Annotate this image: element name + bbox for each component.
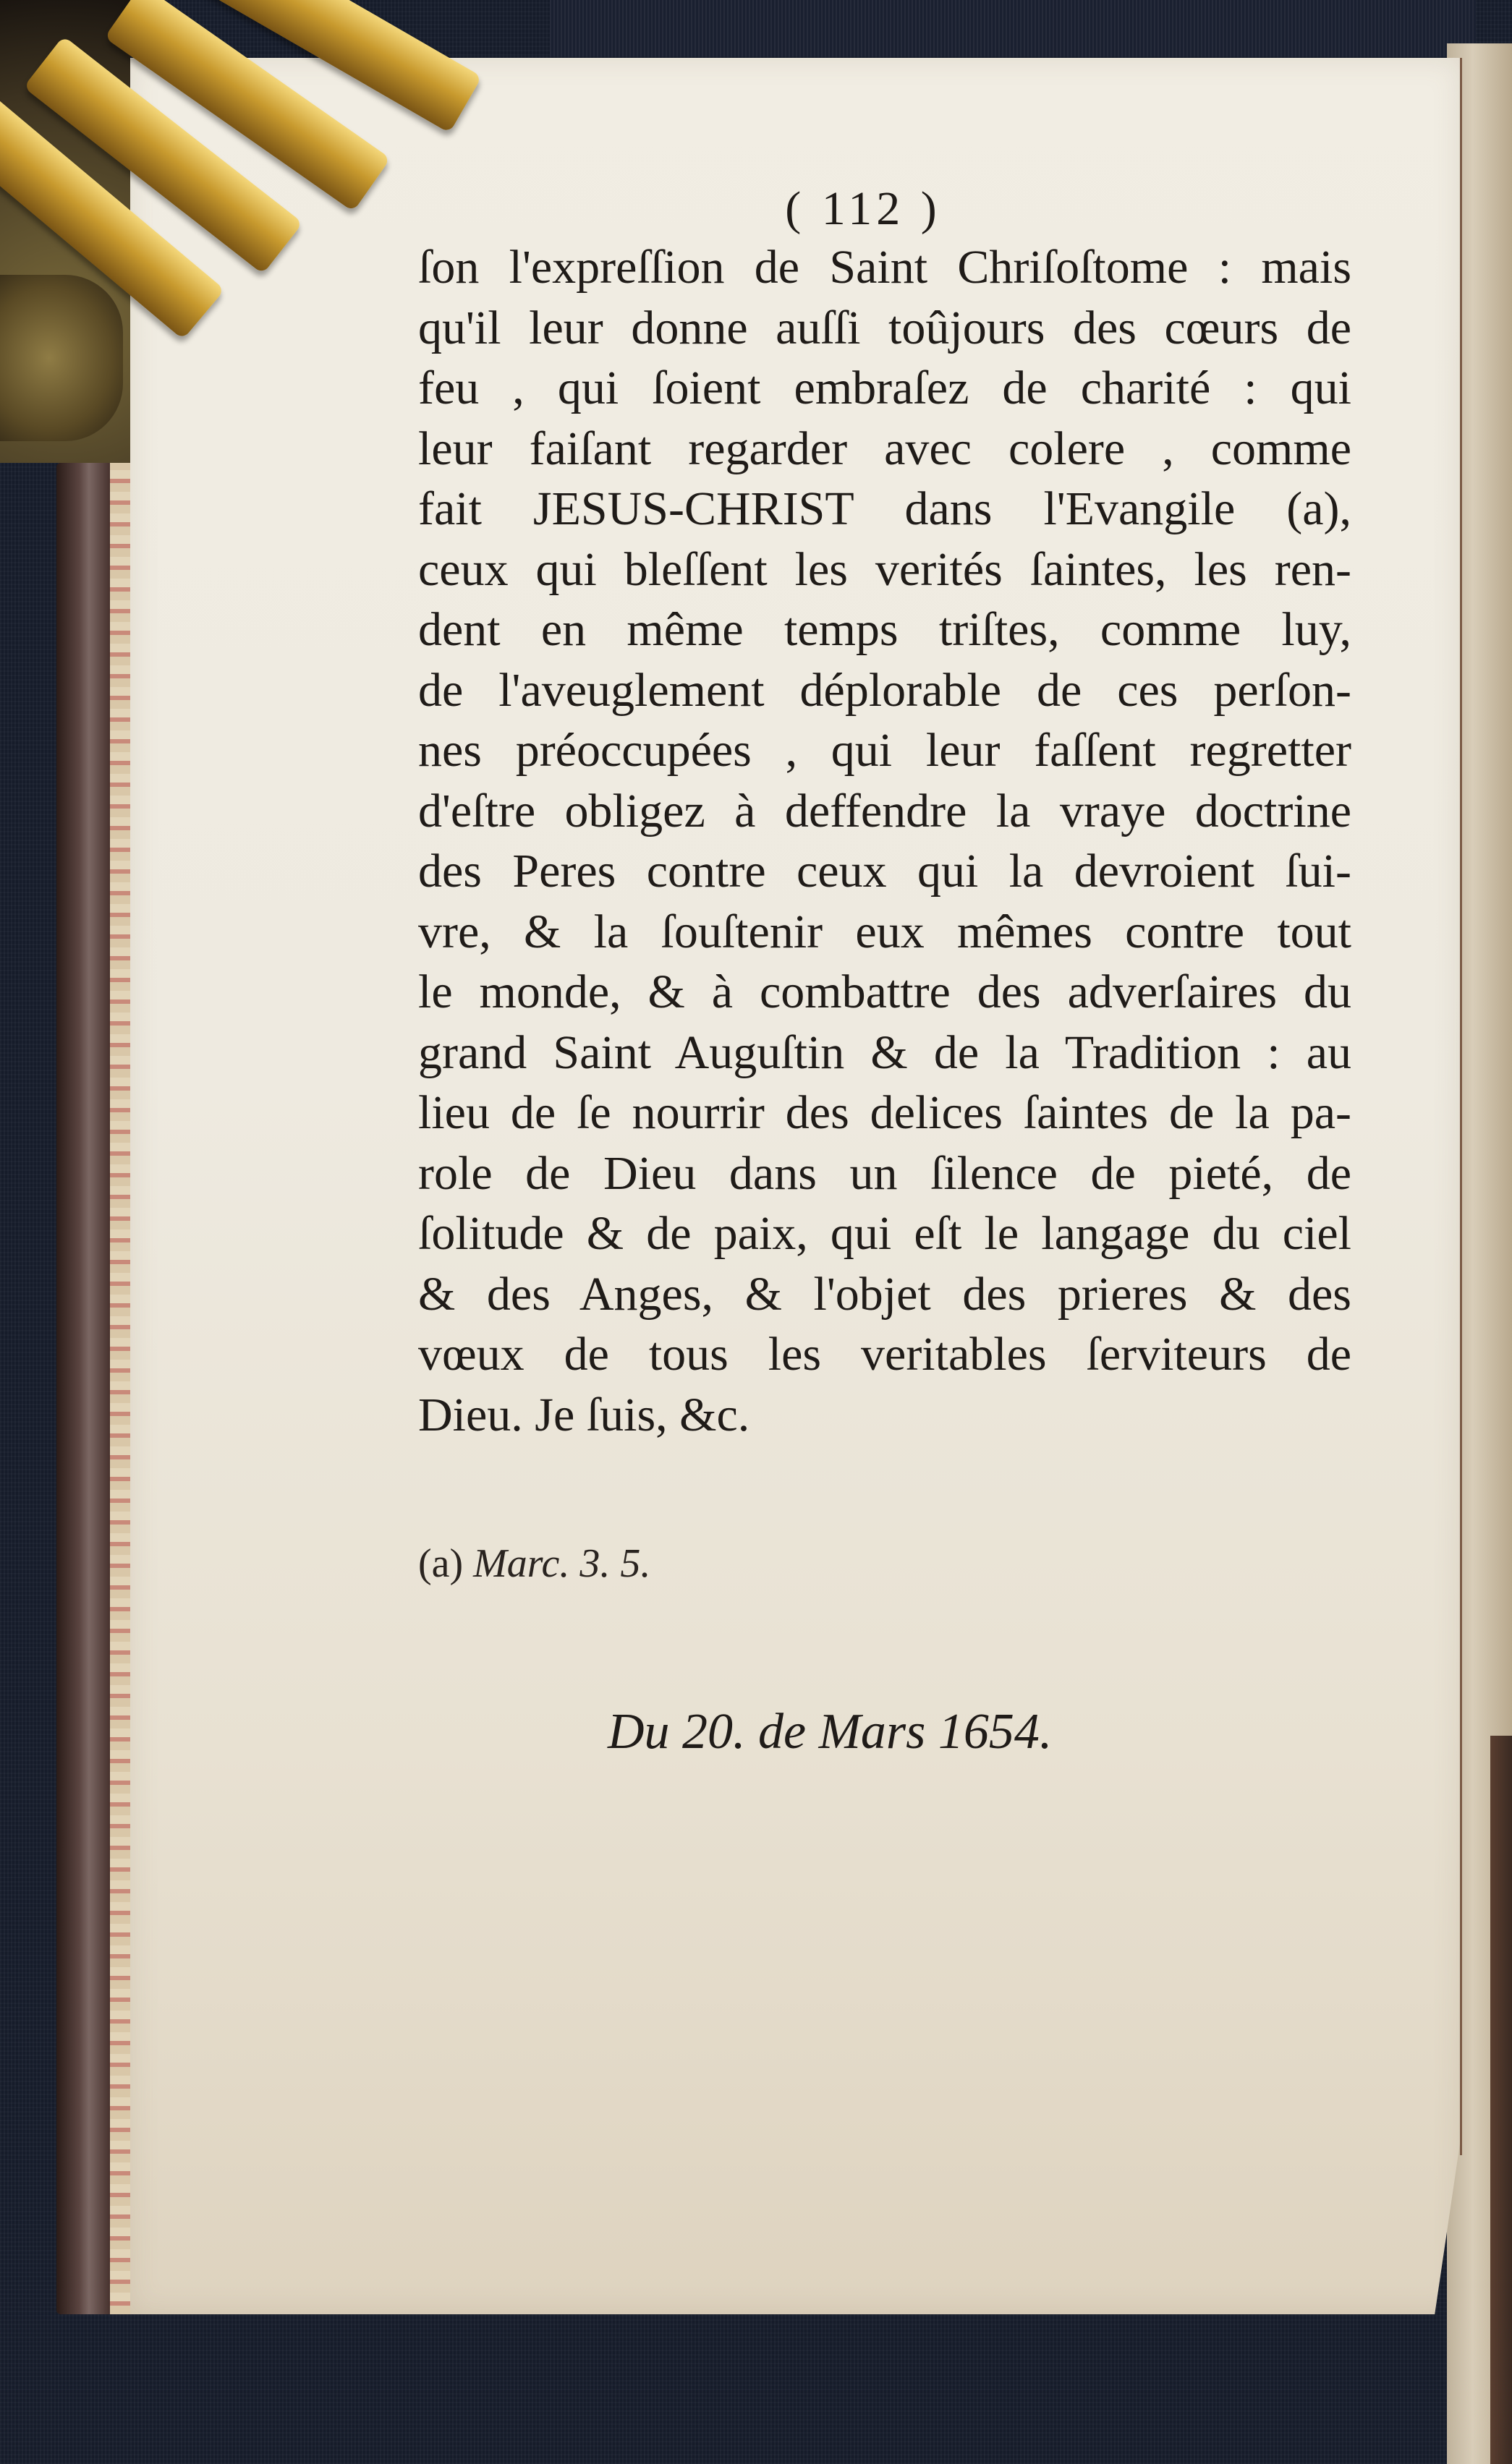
top-fabric-band bbox=[550, 0, 1476, 56]
text-line: qu'il leur donne auſſi toûjours des cœur… bbox=[418, 298, 1351, 359]
holder-ornament bbox=[0, 275, 123, 441]
footnote: (a) Marc. 3. 5. bbox=[418, 1540, 650, 1587]
footnote-marker: (a) bbox=[418, 1541, 463, 1586]
text-line: leur faiſant regarder avec colere , comm… bbox=[418, 419, 1351, 479]
text-line: dent en même temps triſtes, comme luy, bbox=[418, 600, 1351, 660]
text-line: lieu de ſe nourrir des delices ſaintes d… bbox=[418, 1083, 1351, 1143]
text-line: ſolitude & de paix, qui eſt le langage d… bbox=[418, 1203, 1351, 1264]
text-line: feu , qui ſoient embraſez de charité : q… bbox=[418, 358, 1351, 419]
footnote-reference: Marc. 3. 5. bbox=[473, 1541, 650, 1586]
book-right-cover bbox=[1490, 1736, 1512, 2464]
text-line: role de Dieu dans un ſilence de pieté, d… bbox=[418, 1143, 1351, 1204]
text-line: grand Saint Auguſtin & de la Tradition :… bbox=[418, 1023, 1351, 1083]
text-line: de l'aveuglement déplorable de ces perſo… bbox=[418, 660, 1351, 721]
text-line: ceux qui bleſſent les verités ſaintes, l… bbox=[418, 540, 1351, 600]
page-number: ( 112 ) bbox=[375, 181, 1351, 237]
text-line: vre, & la ſouſtenir eux mêmes contre tou… bbox=[418, 902, 1351, 963]
page-right-edge bbox=[1460, 58, 1462, 2155]
dateline: Du 20. de Mars 1654. bbox=[608, 1703, 1052, 1761]
text-line-closing: Dieu. Je ſuis, &c. bbox=[418, 1385, 1351, 1446]
text-line: le monde, & à combattre des adverſaires … bbox=[418, 962, 1351, 1023]
text-line: d'eſtre obligez à deffendre la vraye doc… bbox=[418, 781, 1351, 842]
text-line: ſon l'expreſſion de Saint Chriſoſtome : … bbox=[418, 237, 1351, 298]
text-line: fait JESUS-CHRIST dans l'Evangile (a), bbox=[418, 479, 1351, 540]
text-line: vœux de tous les veritables ſerviteurs d… bbox=[418, 1324, 1351, 1385]
text-line: des Peres contre ceux qui la devroient ſ… bbox=[418, 841, 1351, 902]
book-page-edges bbox=[110, 463, 130, 2314]
text-line: & des Anges, & l'objet des prieres & des bbox=[418, 1264, 1351, 1325]
page-text-block: ( 112 ) ſon l'expreſſion de Saint Chriſo… bbox=[418, 181, 1351, 1445]
text-line: nes préoccupées , qui leur faſſent regre… bbox=[418, 720, 1351, 781]
